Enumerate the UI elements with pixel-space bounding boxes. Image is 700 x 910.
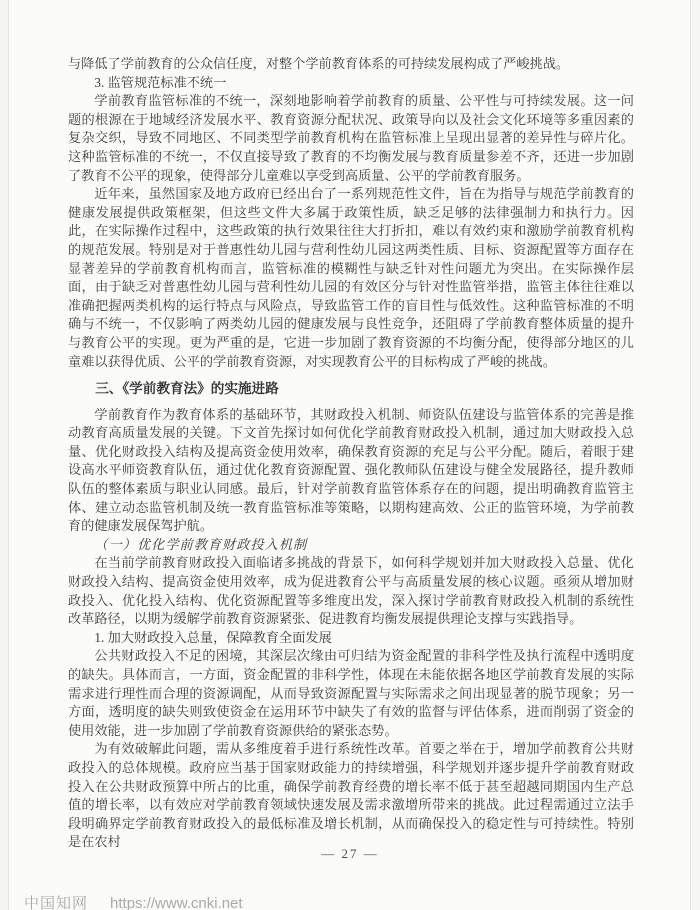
paragraph: 公共财政投入不足的困境，其深层次缘由可归结为资金配置的非科学性及执行流程中透明度…: [68, 647, 634, 740]
page-left-edge-line: [8, 0, 9, 910]
numbered-subheading-3: 3. 监管规范标准不统一: [68, 74, 634, 93]
scan-margin-right: [691, 0, 700, 910]
numbered-subheading-1: 1. 加大财政投入总量，保障教育全面发展: [68, 629, 634, 648]
article-body: 与降低了学前教育的公众信任度，对整个学前教育体系的可持续发展构成了严峻挑战。 3…: [68, 55, 634, 852]
section-heading: 三、《学前教育法》的实施进路: [68, 380, 634, 399]
paragraph: 近年来，虽然国家及地方政府已经出台了一系列规范性文件，旨在为指导与规范学前教育的…: [68, 185, 634, 371]
subsection-heading-italic: （一）优化学前教育财政投入机制: [68, 536, 634, 555]
paragraph: 学前教育作为教育体系的基础环节，其财政投入机制、师资队伍建设与监管体系的完善是推…: [68, 406, 634, 536]
page-number: — 27 —: [0, 846, 700, 862]
cnki-url: https://www.cnki.net: [110, 895, 243, 910]
paragraph: 为有效破解此问题，需从多维度着手进行系统性改革。首要之举在于，增加学前教育公共财…: [68, 740, 634, 852]
scanned-page: 与降低了学前教育的公众信任度，对整个学前教育体系的可持续发展构成了严峻挑战。 3…: [0, 0, 700, 910]
scan-margin-left: [0, 0, 8, 910]
page-right-edge-line: [690, 0, 691, 910]
paragraph: 学前教育监管标准的不统一，深刻地影响着学前教育的质量、公平性与可持续发展。这一问…: [68, 92, 634, 185]
cnki-watermark: 中国知网https://www.cnki.net: [24, 892, 243, 910]
cnki-site-name: 中国知网: [24, 896, 88, 910]
paragraph-continuation: 与降低了学前教育的公众信任度，对整个学前教育体系的可持续发展构成了严峻挑战。: [68, 55, 634, 74]
paragraph: 在当前学前教育财政投入面临诸多挑战的背景下，如何科学规划并加大财政投入总量、优化…: [68, 554, 634, 628]
